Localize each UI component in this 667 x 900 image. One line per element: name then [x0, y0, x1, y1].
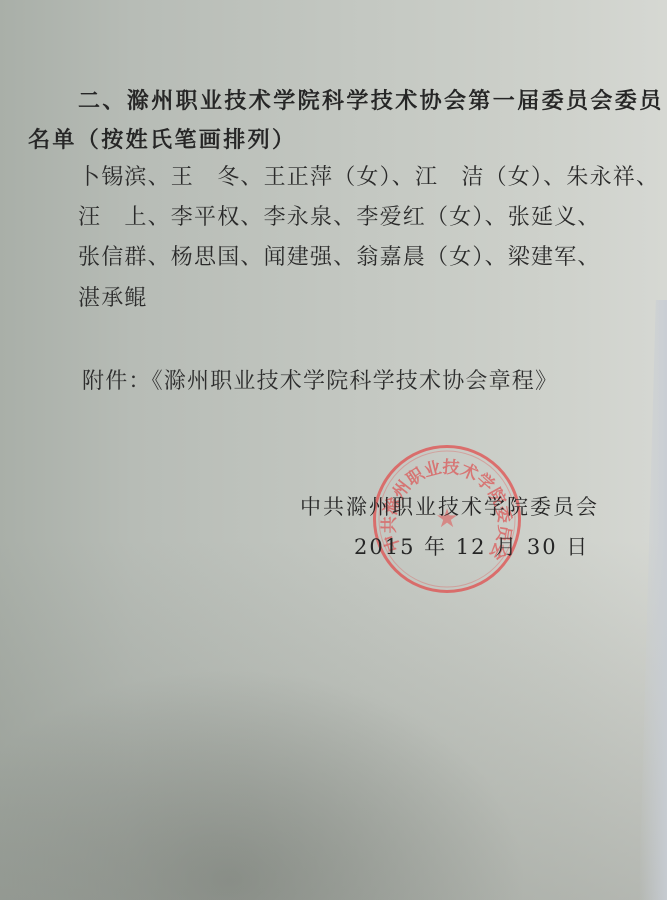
section-heading-line1: 二、滁州职业技术学院科学技术协会第一届委员会委员 — [78, 86, 664, 116]
member-list-line-4: 湛承鲲 — [78, 284, 148, 314]
section-heading-line2: 名单（按姓氏笔画排列） — [28, 125, 296, 155]
member-list-line-3: 张信群、杨思国、闻建强、翁嘉晨（女）、梁建军、 — [78, 243, 601, 273]
member-list-line-2: 汪 上、李平权、李永泉、李爱红（女）、张延义、 — [78, 203, 601, 233]
signature-date: 2015 年 12 月 30 日 — [354, 532, 589, 562]
signature-organization: 中共滁州职业技术学院委员会 — [300, 492, 599, 522]
member-list-line-1: 卜锡滨、王 冬、王正萍（女）、江 洁（女）、朱永祥、 — [78, 163, 659, 193]
attachment-note: 附件：《滁州职业技术学院科学技术协会章程》 — [82, 367, 558, 397]
document-page: 中共滁州职业技术学院委员会 ★ 二、滁州职业技术学院科学技术协会第一届委员会委员… — [0, 0, 667, 900]
